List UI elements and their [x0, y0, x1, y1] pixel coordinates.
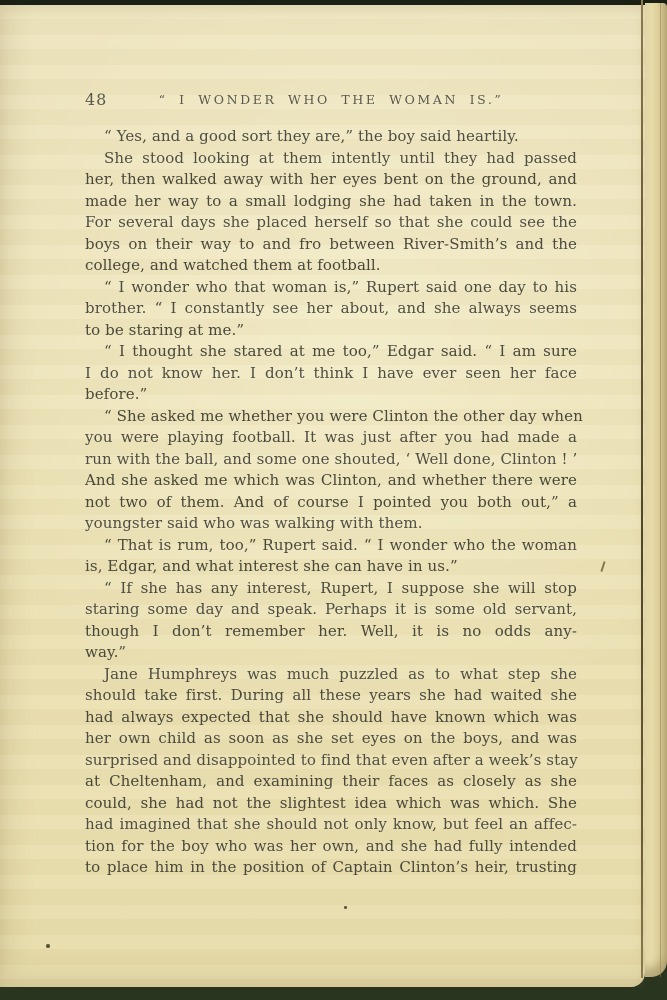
text-line: “ If she has any interest, Rupert, I sup… — [85, 578, 577, 600]
text-line: staring some day and speak. Perhaps it i… — [85, 599, 577, 621]
page-paper: 48 “ I WONDER WHO THE WOMAN IS.” “ Yes, … — [0, 5, 645, 987]
running-header: “ I WONDER WHO THE WOMAN IS.” — [85, 89, 577, 107]
text-line: I do not know her. I don’t think I have … — [85, 363, 577, 385]
text-line: She stood looking at them intently until… — [85, 148, 577, 170]
text-line: had always expected that she should have… — [85, 707, 577, 729]
page-header: 48 “ I WONDER WHO THE WOMAN IS.” — [85, 89, 577, 109]
text-line: “ Yes, and a good sort they are,” the bo… — [85, 126, 577, 148]
pen-mark — [600, 561, 605, 572]
page-stack-edge — [645, 3, 667, 977]
text-line: had imagined that she should not only kn… — [85, 814, 577, 836]
scanned-book-page: 48 “ I WONDER WHO THE WOMAN IS.” “ Yes, … — [0, 0, 667, 1000]
text-line: And she asked me which was Clinton, and … — [85, 470, 577, 492]
page-stack-line — [660, 3, 661, 977]
text-line: though I don’t remember her. Well, it is… — [85, 621, 577, 643]
text-line: her own child as soon as she set eyes on… — [85, 728, 577, 750]
text-line: Jane Humphreys was much puzzled as to wh… — [85, 664, 577, 686]
page-text: “ Yes, and a good sort they are,” the bo… — [85, 126, 577, 879]
text-line: should take first. During all these year… — [85, 685, 577, 707]
text-line: her, then walked away with her eyes bent… — [85, 169, 577, 191]
text-line: For several days she placed herself so t… — [85, 212, 577, 234]
text-line: tion for the boy who was her own, and sh… — [85, 836, 577, 858]
text-line: not two of them. And of course I pointed… — [85, 492, 577, 514]
text-line: “ I wonder who that woman is,” Rupert sa… — [85, 277, 577, 299]
text-line: could, she had not the slightest idea wh… — [85, 793, 577, 815]
text-line: run with the ball, and some one shouted,… — [85, 449, 577, 471]
text-line: way.” — [85, 642, 577, 664]
text-line: brother. “ I constantly see her about, a… — [85, 298, 577, 320]
text-line: “ I thought she stared at me too,” Edgar… — [85, 341, 577, 363]
page-edge-line — [641, 0, 643, 978]
text-line: you were playing football. It was just a… — [85, 427, 577, 449]
text-line: made her way to a small lodging she had … — [85, 191, 577, 213]
text-line: college, and watched them at football. — [85, 255, 577, 277]
text-line: “ That is rum, too,” Rupert said. “ I wo… — [85, 535, 577, 557]
text-line: at Cheltenham, and examining their faces… — [85, 771, 577, 793]
text-line: surprised and disappointed to find that … — [85, 750, 577, 772]
ink-speck — [344, 906, 347, 909]
text-line: boys on their way to and fro between Riv… — [85, 234, 577, 256]
text-line: to place him in the position of Captain … — [85, 857, 577, 879]
ink-speck — [46, 944, 50, 948]
text-line: “ She asked me whether you were Clinton … — [85, 406, 577, 428]
text-line: is, Edgar, and what interest she can hav… — [85, 556, 577, 578]
text-line: to be staring at me.” — [85, 320, 577, 342]
text-line: youngster said who was walking with them… — [85, 513, 577, 535]
text-line: before.” — [85, 384, 577, 406]
page-number: 48 — [85, 90, 107, 109]
